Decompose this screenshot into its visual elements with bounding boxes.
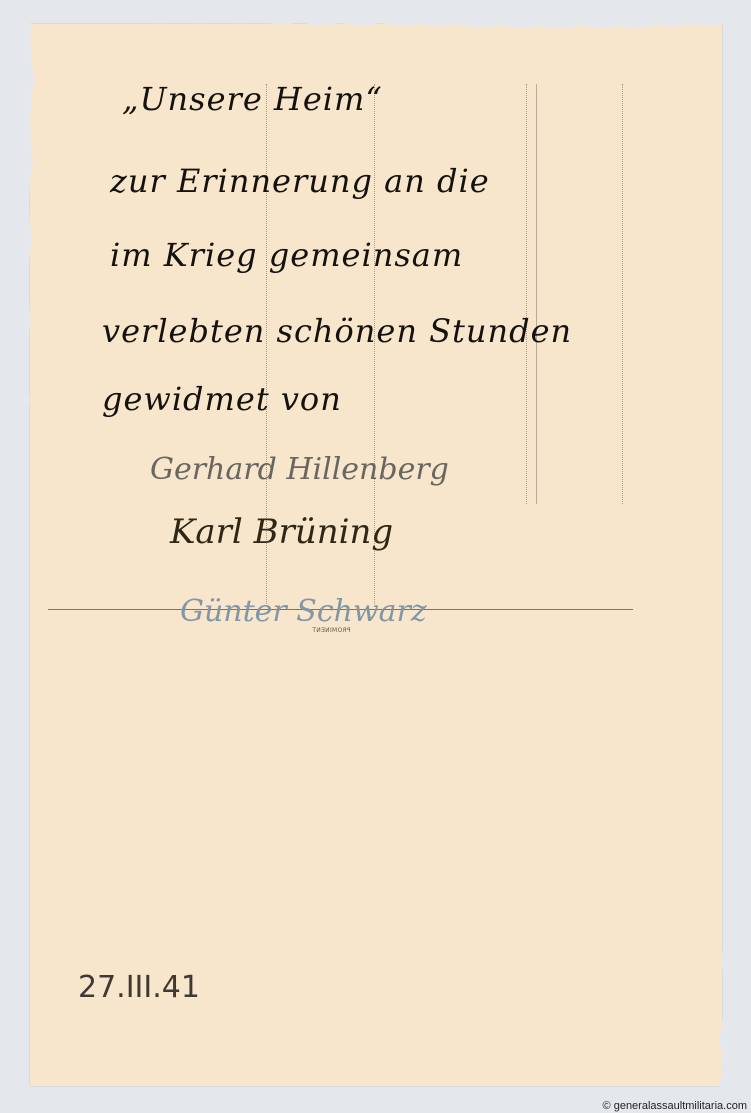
copyright-watermark: © generalassaultmilitaria.com: [603, 1100, 747, 1112]
date-note: 27.III.41: [78, 970, 200, 1005]
guide-line: [622, 84, 623, 504]
message-line-2: zur Erinnerung an die: [110, 162, 490, 200]
message-line-5: gewidmet von: [102, 380, 342, 418]
message-line-1: „Unsere Heim“: [122, 80, 383, 118]
guide-line: [526, 84, 527, 504]
signature-3: Günter Schwarz: [180, 594, 427, 629]
message-line-3: im Krieg gemeinsam: [110, 236, 463, 274]
signature-1: Gerhard Hillenberg: [150, 452, 449, 487]
divider-line: [536, 84, 537, 504]
postcard: PROMINENT „Unsere Heim“ zur Erinnerung a…: [30, 24, 722, 1086]
signature-2: Karl Brüning: [170, 512, 393, 552]
message-line-4: verlebten schönen Stunden: [102, 312, 572, 350]
